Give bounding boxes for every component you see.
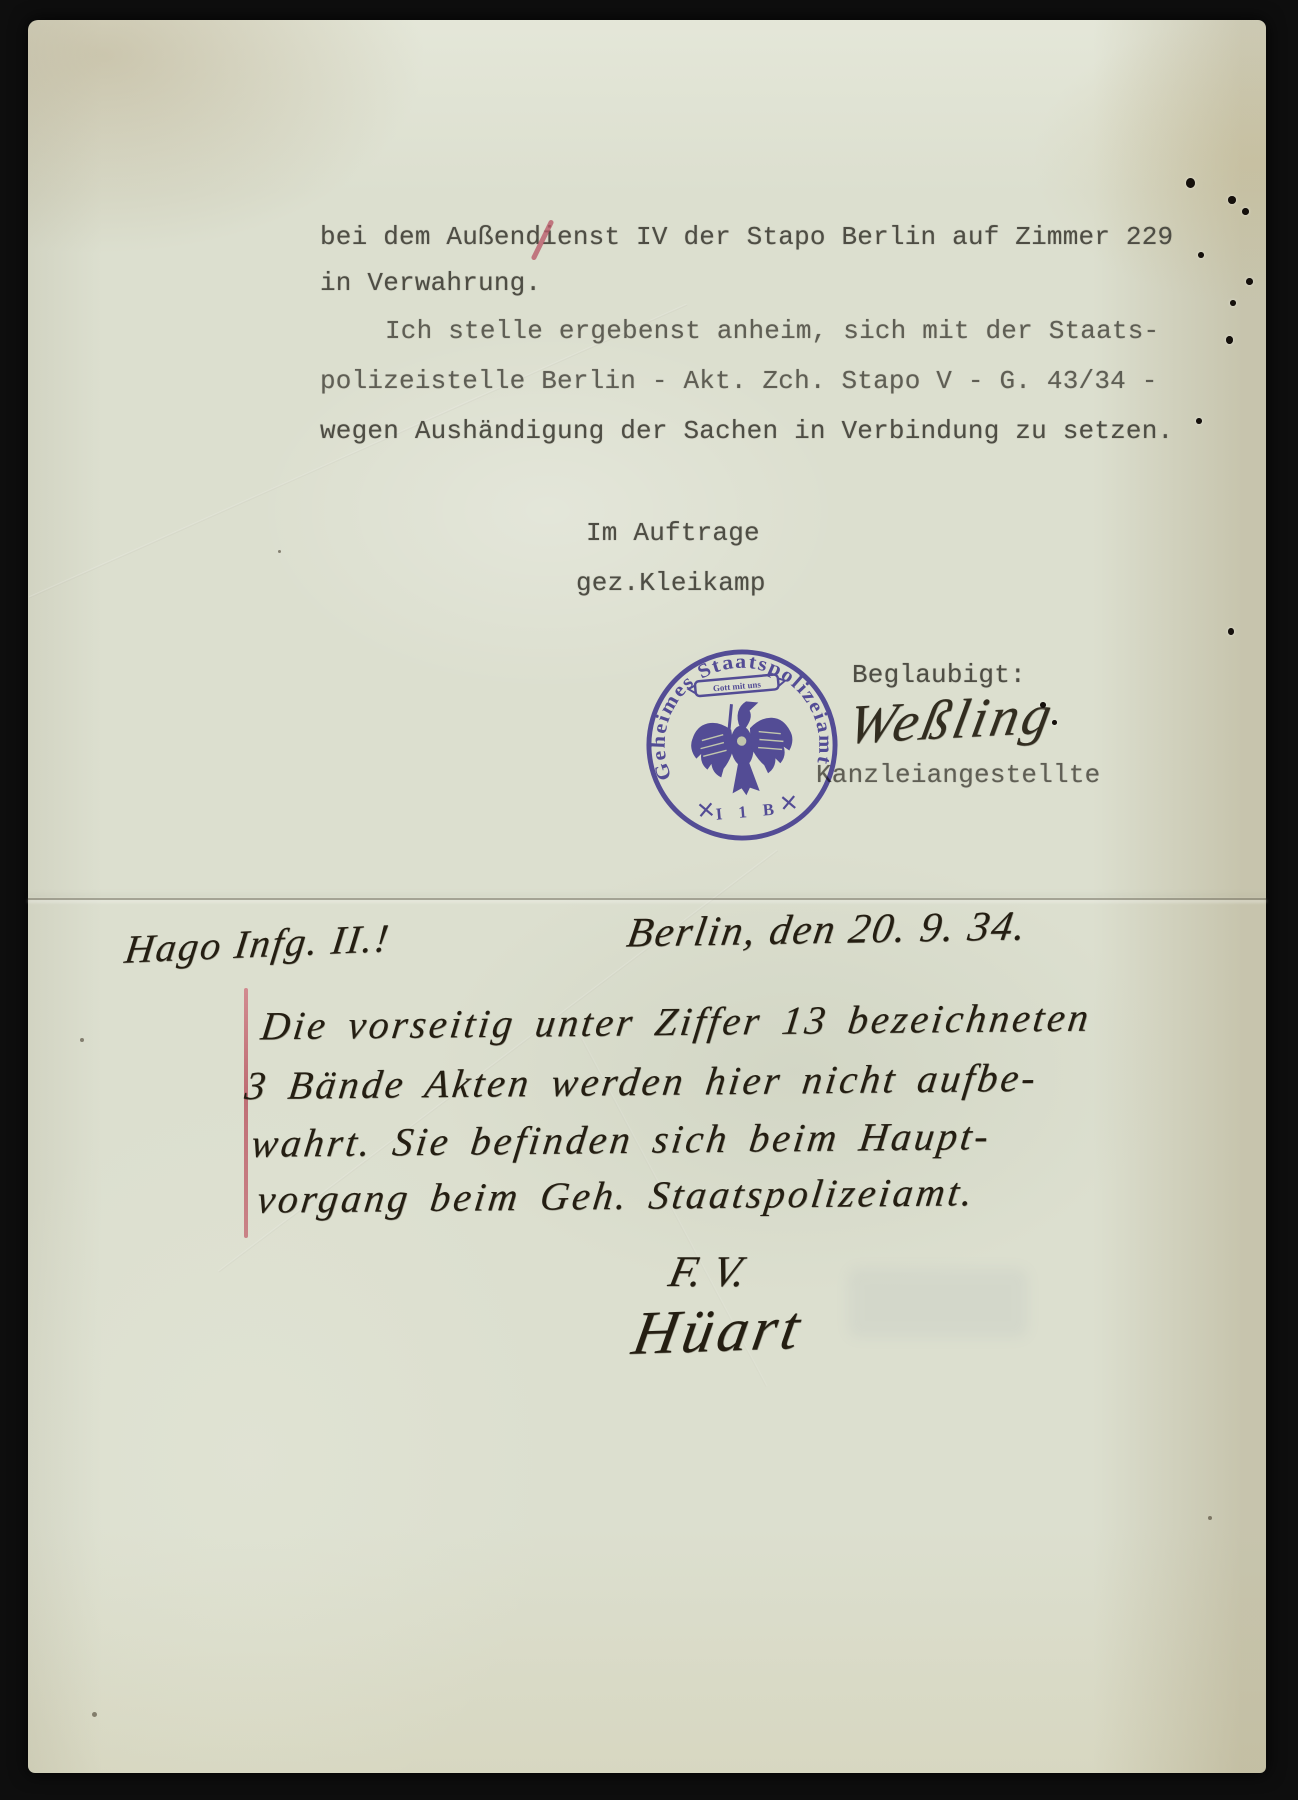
worm-hole: [1228, 196, 1236, 204]
paper-crease: [29, 304, 688, 599]
gez-kleikamp-line: gez.Kleikamp: [576, 568, 766, 598]
typed-line: Ich stelle ergebenst anheim, sich mit de…: [385, 316, 1159, 346]
typed-line: in Verwahrung.: [320, 268, 541, 298]
gestapo-office-stamp: Geheimes Staatspolizeiamt Gott mit uns: [643, 646, 841, 844]
stamp-ink-group: Geheimes Staatspolizeiamt Gott mit uns: [643, 646, 841, 844]
typed-line: wegen Aushändigung der Sachen in Verbind…: [320, 416, 1173, 446]
handwritten-ref-note: Hago Infg. II.!: [122, 914, 393, 972]
ink-ghost-smudge: [848, 1268, 1028, 1338]
archive-scan: { "page": { "background_color": "#0e0e0e…: [0, 0, 1298, 1800]
worm-hole: [1230, 300, 1236, 306]
worm-hole: [1246, 278, 1253, 285]
worm-hole: [1242, 208, 1249, 215]
red-margin-line: [244, 988, 248, 1238]
horizontal-fold-line: [28, 898, 1266, 900]
paper-speck: [278, 550, 281, 553]
handwritten-signature: Hüart: [627, 1293, 809, 1370]
typed-line: polizeistelle Berlin - Akt. Zch. Stapo V…: [320, 366, 1158, 396]
certifier-signature: Weßling: [843, 683, 1060, 758]
im-auftrage-line: Im Auftrage: [586, 518, 760, 548]
handwritten-line: Die vorseitig unter Ziffer 13 bezeichnet…: [258, 994, 1094, 1050]
handwritten-dateline: Berlin, den 20. 9. 34.: [624, 903, 1031, 958]
worm-hole: [1228, 628, 1234, 635]
paper-speck: [92, 1712, 97, 1717]
worm-hole: [1052, 720, 1057, 725]
stamp-section-code: I 1 B: [715, 799, 781, 824]
worm-hole: [1198, 252, 1204, 258]
kanzleiangestellte-label: Kanzleiangestellte: [816, 760, 1100, 790]
typed-line: bei dem Außendienst IV der Stapo Berlin …: [320, 222, 1173, 252]
emblem-mark-right: [782, 796, 795, 809]
handwritten-line: vorgang beim Geh. Staatspolizeiamt.: [254, 1168, 978, 1223]
handwritten-line: wahrt. Sie befinden sich beim Haupt-: [248, 1112, 994, 1167]
worm-hole: [1040, 702, 1046, 708]
worm-hole: [1186, 178, 1195, 188]
document-page: bei dem Außendienst IV der Stapo Berlin …: [28, 20, 1266, 1773]
worm-hole: [1226, 336, 1233, 344]
worm-hole: [1196, 418, 1202, 424]
handwritten-initials: F. V.: [665, 1246, 751, 1297]
emblem-mark-left: [699, 803, 712, 816]
handwritten-line: 3 Bände Akten werden hier nicht aufbe-: [242, 1054, 1041, 1109]
paper-speck: [1208, 1516, 1212, 1520]
paper-speck: [80, 1038, 84, 1042]
eagle-icon: [688, 698, 796, 798]
